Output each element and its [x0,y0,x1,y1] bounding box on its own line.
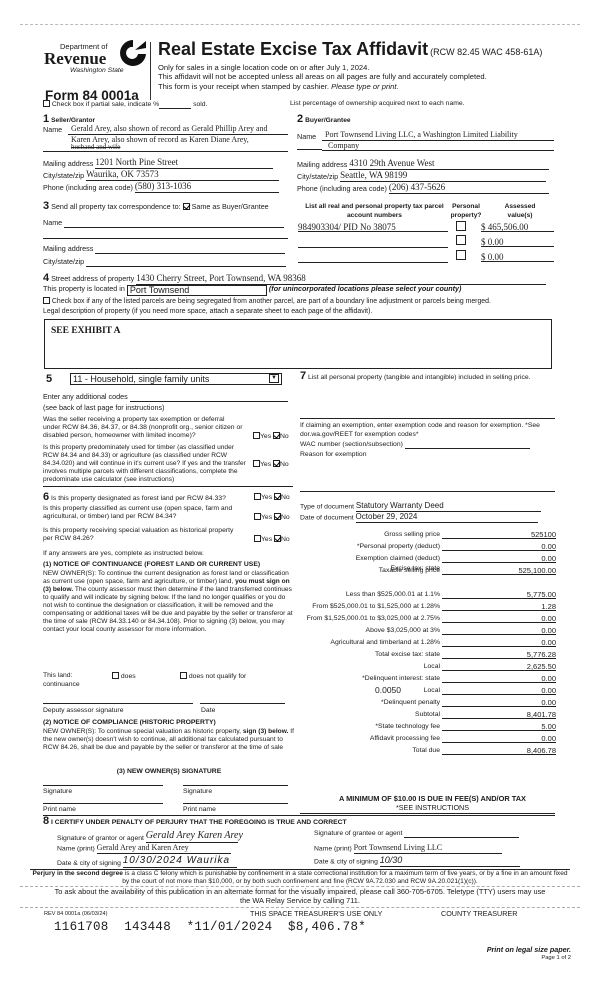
forest-no-checkbox[interactable] [274,493,281,500]
same-as-buyer-checkbox[interactable] [183,203,190,210]
title-ref: (RCW 82.45 WAC 458-61A) [430,47,542,57]
seller-city-field[interactable]: Waurika, OK 73573 [86,169,279,181]
wac-row: WAC number (section/subsection) [300,441,530,449]
seller-mailing-row: Mailing address 1201 North Pine Street [43,157,273,169]
grantee-name-label: Name (print) [314,845,352,852]
property-address-label: Street address of property [51,274,134,283]
historical-yes-checkbox[interactable] [254,535,261,542]
calc-row-field[interactable] [442,614,554,623]
buyer-name-line [297,149,322,150]
buyer-phone-field[interactable]: (206) 437-5626 [389,182,549,194]
exemption-question: Was the seller receiving a property tax … [43,416,243,440]
this-land-label: This land: [43,672,72,680]
does-not-qualify-checkbox[interactable] [180,672,187,679]
buyer-mailing-label: Mailing address [297,160,347,169]
historical-question: Is this property receiving special valua… [43,527,243,543]
calc-row-field[interactable] [442,722,554,731]
buyer-city-row: City/state/zip Seattle, WA 98199 [297,170,546,182]
calc-row-field[interactable] [442,686,554,695]
doc-date-field[interactable]: October 29, 2024 [356,512,538,523]
seller-phone-label: Phone (including area code) [43,183,133,192]
parcel-value-2: $ 0.00 [481,237,504,247]
personal-property-label: List all personal property (tangible and… [308,374,531,381]
calc-row-label: Subtotal [415,711,440,719]
header-line-3-italic: Please type or print. [331,82,399,91]
section5-number: 5 [46,373,52,386]
parcel-row-2-personal-checkbox[interactable] [456,235,466,245]
seller-name-line-3: husband and wife [68,144,288,152]
parcel-number-1: 984903304/ PID No 38075 [298,222,396,232]
deputy-date-label: Date [201,707,215,715]
section8-heading: 8 I CERTIFY UNDER PENALTY OF PERJURY THA… [43,815,347,828]
county-treasurer-label: COUNTY TREASURER [441,910,517,919]
forest-question-row: 6 Is this property designated as forest … [43,491,226,504]
property-location-label: This property is located in [43,284,125,293]
forest-question: Is this property designated as forest la… [51,495,226,502]
section3-name-line-2 [43,238,288,239]
section7-heading: 7 List all personal property (tangible a… [300,372,555,382]
deputy-signature-field[interactable] [43,703,193,704]
section3-label: Send all property tax correspondence to: [51,202,180,211]
ownership-note: List percentage of ownership acquired ne… [290,100,465,108]
parcel-row-3-personal-checkbox[interactable] [456,250,466,260]
calc-row-value: 525100 [531,530,556,539]
legal-description-field[interactable]: SEE EXHIBIT A [44,319,552,369]
calc-row-label: Agricultural and timberland at 1.28% [330,639,440,647]
timber-answer: Yes No [253,460,289,469]
segregated-checkbox[interactable] [43,297,50,304]
forest-answer: NoYes No [254,493,290,502]
title-text: Real Estate Excise Tax Affidavit [158,39,428,59]
calc-row-label: *Delinquent interest: state [362,675,440,683]
dor-logo: Department of Revenue Washington State [44,42,144,75]
grantor-signature-label: Signature of grantor or agent [57,835,144,842]
new-owner-signature-title: (3) NEW OWNER(S) SIGNATURE [43,768,295,776]
deputy-date-field[interactable] [200,703,285,704]
additional-codes-label: Enter any additional codes [43,392,128,401]
buyer-phone-row: Phone (including area code) (206) 437-56… [297,182,549,194]
notice2-text-bold: sign (3) below. [243,728,289,735]
section3-city-label: City/state/zip [43,257,84,266]
calc-row-label: From $525,000.01 to $1,525,000 at 1.28% [312,603,440,611]
seller-mailing-field[interactable]: 1201 North Pine Street [95,157,273,169]
does-qualify-label: does [121,673,136,680]
seller-name-row: Name [43,126,62,135]
revision-code: REV 84 0001a (06/03/24) [44,911,107,918]
doc-type-row: Type of document Statutory Warranty Deed [300,501,541,512]
scan-artifact-3 [20,907,580,908]
parcel-col-personal: Personal property? [445,203,487,220]
calc-row-value: 0.00 [541,554,556,563]
section4-number: 4 [43,272,49,284]
seller-city-row: City/state/zip Waurika, OK 73573 [43,169,279,181]
parcel-row-1-value[interactable]: $ 465,506.00 [481,222,554,232]
legal-description-label: Legal description of property (if you ne… [43,308,372,316]
treasurer-use-label: THIS SPACE TREASURER'S USE ONLY [250,910,382,919]
owner-print-name-1-label: Print name [43,806,76,814]
notice1-text-b: The county assessor must then determine … [43,586,293,633]
grantor-date-field[interactable]: 10/30/2024 Waurika [123,855,237,868]
calc-row-label: Affidavit processing fee [370,735,440,743]
same-as-buyer-label: Same as Buyer/Grantee [192,202,269,211]
exemption-answer: Yes No [253,432,289,441]
timber-no-label: No [280,461,289,468]
local-rate: 0.0050 [375,685,401,695]
buyer-mailing-field[interactable]: 4310 29th Avenue West [349,158,549,170]
seller-phone-row: Phone (including area code) (580) 313-10… [43,181,279,193]
parcel-row-3-number[interactable] [298,253,448,263]
section3-city-row: City/state/zip [43,258,286,267]
buyer-city-field[interactable]: Seattle, WA 98199 [340,170,546,182]
calc-row-field[interactable] [442,626,554,635]
grantee-name-row: Name (print) Port Townsend Living LLC [314,843,502,854]
grantor-signature-row: Signature of grantor or agent Gerald Are… [57,830,238,843]
owner-signature-2-label: Signature [183,788,212,796]
owner-signature-2-field[interactable] [183,785,288,786]
seller-city-label: City/state/zip [43,171,84,180]
additional-codes-row: Enter any additional codes [43,393,288,402]
dropdown-arrow-icon[interactable]: ▼ [269,374,279,383]
timber-no-checkbox[interactable] [273,460,280,467]
grantor-name-label: Name (print) [57,845,95,852]
owner-print-name-2-field[interactable] [183,803,288,804]
owner-print-name-2-label: Print name [183,806,216,814]
calc-row-label: Local [424,663,440,671]
grantor-date-label: Date & city of signing [57,860,121,867]
calc-row-field[interactable] [442,734,554,743]
legal-description-value: SEE EXHIBIT A [45,320,551,337]
buyer-mailing-row: Mailing address 4310 29th Avenue West [297,158,549,170]
buyer-name-line-1: Port Townsend Living LLC, a Washington L… [322,130,554,141]
partial-sale-suffix: sold. [193,101,207,108]
does-qualify-checkbox[interactable] [112,672,119,679]
grantor-name-row: Name (print) Gerald Arey and Karen Arey [57,843,231,854]
calc-row-label: *Delinquent penalty [381,699,440,707]
grantee-name-field[interactable]: Port Townsend Living LLC [354,843,502,854]
section3-name-row: Name [43,219,284,228]
current-use-answer: Yes No [254,513,290,522]
current-use-question: Is this property classified as current u… [43,505,243,521]
partial-sale-label: Check box if partial sale, indicate % [52,101,159,108]
does-not-option: does not qualify for [180,672,246,681]
calc-row-value: 0.00 [541,674,556,683]
section7-number: 7 [300,370,306,382]
grantee-signature-row: Signature of grantee or agent [314,830,519,838]
land-use-select[interactable]: 11 - Household, single family units ▼ [70,373,282,385]
perjury-text: is a class C felony which is punishable … [122,870,567,885]
parcel-col-assessed: Assessed value(s) [495,203,545,220]
calc-row-label: Total due [412,747,440,755]
calc-row-value: 0.00 [541,686,556,695]
header-line-1: Only for sales in a single location code… [158,63,487,72]
section3-city-field[interactable] [86,266,286,267]
calc-row-value: 8,406.78 [527,746,556,755]
reason-label: Reason for exemption [300,451,367,459]
property-location-row: This property is located in Port Townsen… [43,285,461,296]
parcel-row-3-value[interactable]: $ 0.00 [481,252,554,262]
additional-codes-note: (see back of last page for instructions) [43,404,164,413]
calc-bottom-rule [300,813,555,814]
owner-signature-1-label: Signature [43,788,72,796]
segregated-label: Check box if any of the listed parcels a… [52,298,491,305]
seller-name-line-1: Gerald Arey, also shown of record as Ger… [68,124,288,135]
grantor-name-field[interactable]: Gerald Arey and Karen Arey [97,843,231,854]
partial-sale-row: Check box if partial sale, indicate % so… [43,100,207,109]
scan-artifact [20,24,580,25]
calc-row-value: 0.00 [541,614,556,623]
calc-row-value: 0.00 [541,698,556,707]
calc-row-field[interactable] [442,602,554,611]
alternate-format-note: To ask about the availability of this pu… [50,888,550,905]
header-line-3: This form is your receipt when stamped b… [158,82,329,91]
partial-sale-percent-field[interactable] [159,108,191,109]
seller-name-line [43,151,68,152]
owner-signature-1-field[interactable] [43,785,163,786]
seller-name-label: Name [43,125,62,134]
section3-name-field[interactable] [64,227,284,228]
calc-row-label: *State technology fee [375,723,440,731]
notice1-body: NEW OWNER(S): To continue the current de… [43,570,295,634]
certify-statement: I CERTIFY UNDER PENALTY OF PERJURY THAT … [51,819,347,826]
seller-name-field[interactable]: Gerald Arey, also shown of record as Ger… [68,124,288,152]
exemption-code-label: If claiming an exemption, enter exemptio… [300,421,555,439]
deputy-signature-label: Deputy assessor signature [43,707,123,715]
partial-sale-checkbox[interactable] [43,100,50,107]
does-not-qualify-label: does not qualify for [189,673,246,680]
doc-date-label: Date of document [300,514,354,521]
section5-divider [43,486,293,487]
section1-title: Seller/Grantor [51,117,95,124]
section1-number: 1 [43,113,49,125]
perjury-notice: Perjury in the second degree is a class … [30,870,570,886]
header-instructions: Only for sales in a single location code… [158,63,487,91]
grantor-date-row: Date & city of signing 10/30/2024 Waurik… [57,855,237,868]
dor-swirl-icon [118,38,148,68]
calc-row-value: 2,625.50 [527,662,556,671]
segregated-row: Check box if any of the listed parcels a… [43,297,491,306]
parcel-row-2-number[interactable] [298,238,448,248]
perjury-bold: Perjury in the second degree [32,870,123,877]
section3-heading: 3 Send all property tax correspondence t… [43,200,269,213]
buyer-name-line-2: Company [322,141,554,152]
property-location-select[interactable]: Port Townsend [127,285,267,296]
historical-answer: Yes No [254,535,290,544]
grantee-signature-field[interactable] [404,837,519,838]
exemption-yes-label: Yes [260,433,271,440]
current-use-no-checkbox[interactable] [274,513,281,520]
buyer-phone-label: Phone (including area code) [297,184,387,193]
seller-mailing-label: Mailing address [43,159,93,168]
calc-row-field[interactable] [442,674,554,683]
buyer-name-field[interactable]: Port Townsend Living LLC, a Washington L… [322,130,554,151]
property-location-note: (for unincorporated locations please sel… [269,284,462,293]
calc-row-label: Total excise tax: state [375,651,440,659]
calc-row-value: 8,401.78 [527,710,556,719]
calc-row-field[interactable] [442,554,554,563]
see-instructions-note: *SEE INSTRUCTIONS [300,804,565,813]
notice2-title: (2) NOTICE OF COMPLIANCE (HISTORIC PROPE… [43,719,216,727]
section2-heading: 2 Buyer/Grantee [297,113,351,126]
section2-title: Buyer/Grantee [305,117,350,124]
yes-instructions: If any answers are yes, complete as inst… [43,550,204,558]
calc-row-value: 5,775.00 [527,590,556,599]
calc-row-value: 0.00 [541,638,556,647]
historical-no-checkbox[interactable] [274,535,281,542]
calc-row-value: 5.00 [541,722,556,731]
calc-row-value: 0.00 [541,542,556,551]
calc-row-value: 0.00 [541,626,556,635]
personal-property-field[interactable] [300,418,555,419]
timber-question: Is this property predominately used for … [43,444,248,484]
forest-yes-checkbox[interactable] [254,493,261,500]
seller-phone-field[interactable]: (580) 313-1036 [135,181,279,193]
notice2-body: NEW OWNER(S): To continue special valuat… [43,728,295,752]
section6-number: 6 [43,491,49,503]
reason-field[interactable] [300,491,555,492]
timber-yes-checkbox[interactable] [253,460,260,467]
calc-row-field[interactable] [442,638,554,647]
exemption-no-checkbox[interactable] [273,432,280,439]
additional-codes-field[interactable] [130,401,288,402]
owner-print-name-1-field[interactable] [43,803,163,804]
header-divider [150,42,151,100]
excise-header: Excise tax: state [391,565,441,573]
section3-mailing-label: Mailing address [43,244,93,253]
section3-mailing-row: Mailing address [43,245,285,254]
current-use-yes-checkbox[interactable] [254,513,261,520]
calc-row-label: Less than $525,000.01 at 1.1% [346,591,440,599]
calc-row-field[interactable] [442,698,554,707]
doc-type-field[interactable]: Statutory Warranty Deed [356,501,541,512]
logo-state: Washington State [44,67,144,75]
continuance-label: continuance [43,681,80,689]
grantor-signature-field[interactable]: Gerald Arey Karen Arey [146,830,238,843]
doc-type-label: Type of document [300,503,354,510]
section2-number: 2 [297,113,303,125]
calc-row-label: From $1,525,000.01 to $3,025,000 at 2.75… [307,615,440,623]
header-line-2: This affidavit will not be accepted unle… [158,72,487,81]
land-use-value: 11 - Household, single family units [73,374,209,384]
exemption-no-label: No [280,433,289,440]
parcel-value-3: $ 0.00 [481,252,504,262]
notice2-text-a: NEW OWNER(S): To continue special valuat… [43,728,241,735]
does-option: does [112,672,136,681]
calc-row-label: Gross selling price [384,531,440,539]
grantee-date-label: Date & city of signing [314,859,378,866]
calc-row-value: 5,776.28 [527,650,556,659]
section3-name-label: Name [43,218,62,227]
calc-row-label: *Personal property (deduct) [357,543,440,551]
parcel-col-numbers: List all real and personal property tax … [302,203,447,220]
parcel-value-1: $ 465,506.00 [481,222,528,232]
exemption-yes-checkbox[interactable] [253,432,260,439]
buyer-name-label: Name [297,133,316,142]
treasurer-stamp: 1161708 143448 *11/01/2024 $8,406.78* [54,920,366,935]
wac-label: WAC number (section/subsection) [300,441,403,448]
section3-number: 3 [43,200,49,212]
calc-row-value: 1.28 [541,602,556,611]
print-legal-note: Print on legal size paper. [487,946,571,955]
section3-mailing-field[interactable] [95,253,285,254]
calc-row-field[interactable] [442,542,554,551]
parcel-row-2-value[interactable]: $ 0.00 [481,237,554,247]
section8-number: 8 [43,815,49,827]
parcel-row-1-personal-checkbox[interactable] [456,221,466,231]
calc-row-value: 0.00 [541,734,556,743]
doc-date-row: Date of document October 29, 2024 [300,512,538,523]
calc-row-label: Local [424,687,440,695]
wac-field[interactable] [405,448,530,449]
grantee-date-row: Date & city of signing 10/30 [314,855,520,867]
buyer-city-label: City/state/zip [297,172,338,181]
page-number: Page 1 of 2 [541,955,571,962]
parcel-row-1-number[interactable]: 984903304/ PID No 38075 [298,222,448,232]
calc-row-label: Above $3,025,000 at 3% [366,627,440,635]
calc-row-label: Exemption claimed (deduct) [356,555,440,563]
grantee-signature-label: Signature of grantee or agent [314,830,402,837]
notice1-title: (1) NOTICE OF CONTINUANCE (FOREST LAND O… [43,561,260,569]
grantee-date-field[interactable]: 10/30 [380,855,520,867]
form-title: Real Estate Excise Tax Affidavit (RCW 82… [158,39,542,61]
timber-yes-label: Yes [260,461,271,468]
calc-row-value: 525,100.00 [518,566,556,575]
